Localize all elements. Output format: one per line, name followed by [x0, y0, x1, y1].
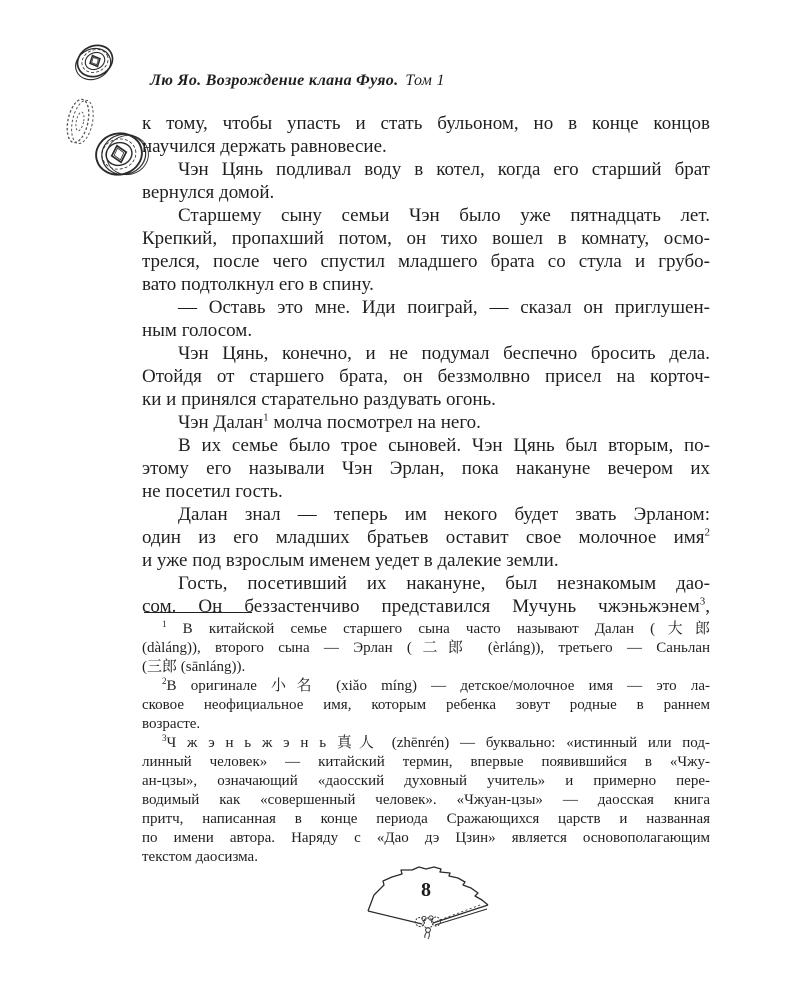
text-line: 2В оригинале 小名 (xiǎo míng) — детское/мо…	[142, 677, 710, 696]
text-line: Отойдя от старшего брата, он беззмолвно …	[142, 365, 710, 388]
text-line: В их семье было трое сыновей. Чэн Цянь б…	[142, 434, 710, 457]
text-line: водимый как «совершенный человек». «Чжуа…	[142, 791, 710, 810]
running-header-title: Лю Яо. Возрождение клана Фуяо.	[150, 72, 398, 89]
text-line: один из его младших братьев оставит свое…	[142, 526, 710, 549]
text-line: ан-цзы», означающий «даосский духовный у…	[142, 772, 710, 791]
footnote-list: 1 В китайской семье старшего сына часто …	[142, 620, 710, 867]
footnote: 3Ч ж э н ь ж э н ь 真人 (zhēnrén) — буквал…	[142, 734, 710, 867]
text-line: Чэн Цянь, конечно, и не подумал беспечно…	[142, 342, 710, 365]
footnotes-section: 1 В китайской семье старшего сына часто …	[142, 612, 710, 867]
text-line: и уже под взрослым именем уедет в далеки…	[142, 549, 710, 572]
text-line: Чэн Далан1 молча посмотрел на него.	[142, 411, 710, 434]
fan-pivot-ornament	[416, 916, 441, 939]
text-line: Чэн Цянь подливал воду в котел, когда ег…	[142, 158, 710, 181]
text-line: трелся, после чего спустил младшего брат…	[142, 250, 710, 273]
page-number-fan: 8	[362, 864, 494, 944]
footnote: 1 В китайской семье старшего сына часто …	[142, 620, 710, 677]
text-line: 1 В китайской семье старшего сына часто …	[142, 620, 710, 639]
text-line: ным голосом.	[142, 319, 710, 342]
footnote: 2В оригинале 小名 (xiǎo míng) — детское/мо…	[142, 677, 710, 734]
book-page: Лю Яо. Возрождение клана Фуяо.Том 1 к то…	[0, 0, 800, 1000]
text-line: вато подтолкнул его в спину.	[142, 273, 710, 296]
chinese-coin-icon	[64, 97, 97, 145]
text-line: Крепкий, пропахший потом, он тихо вошел …	[142, 227, 710, 250]
footnote-separator	[144, 612, 252, 613]
text-line: вернулся домой.	[142, 181, 710, 204]
text-line: (dàláng)), второго сына — Эрлан (二郎 (èrl…	[142, 639, 710, 658]
text-line: сковое неофициальное имя, которым ребенк…	[142, 696, 710, 715]
text-line: к тому, чтобы упасть и стать бульоном, н…	[142, 112, 710, 135]
text-line: линный человек» — китайский термин, впер…	[142, 753, 710, 772]
chinese-coin-icon	[70, 40, 119, 85]
folding-fan-icon	[362, 864, 494, 944]
text-line: притч, написанная в конце периода Сражаю…	[142, 810, 710, 829]
text-line: этому его называли Чэн Эрлан, пока накан…	[142, 457, 710, 480]
text-line: ки и принялся старательно раздувать огон…	[142, 388, 710, 411]
text-line: не посетил гость.	[142, 480, 710, 503]
text-line: научился держать равновесие.	[142, 135, 710, 158]
running-header-volume: Том 1	[405, 72, 444, 89]
text-line: Далан знал — теперь им некого будет зват…	[142, 503, 710, 526]
text-line: возрасте.	[142, 715, 710, 734]
running-header: Лю Яо. Возрождение клана Фуяо.Том 1	[150, 72, 445, 90]
text-line: по имени автора. Наряду с «Дао дэ Цзин» …	[142, 829, 710, 848]
text-line: — Оставь это мне. Иди поиграй, — сказал …	[142, 296, 710, 319]
text-line: (三郎 (sānláng)).	[142, 658, 710, 677]
text-line: 3Ч ж э н ь ж э н ь 真人 (zhēnrén) — буквал…	[142, 734, 710, 753]
page-number: 8	[362, 879, 490, 902]
body-text: к тому, чтобы упасть и стать бульоном, н…	[142, 112, 710, 618]
text-line: Старшему сыну семьи Чэн было уже пятнадц…	[142, 204, 710, 227]
text-line: Гость, посетивший их накануне, был незна…	[142, 572, 710, 595]
